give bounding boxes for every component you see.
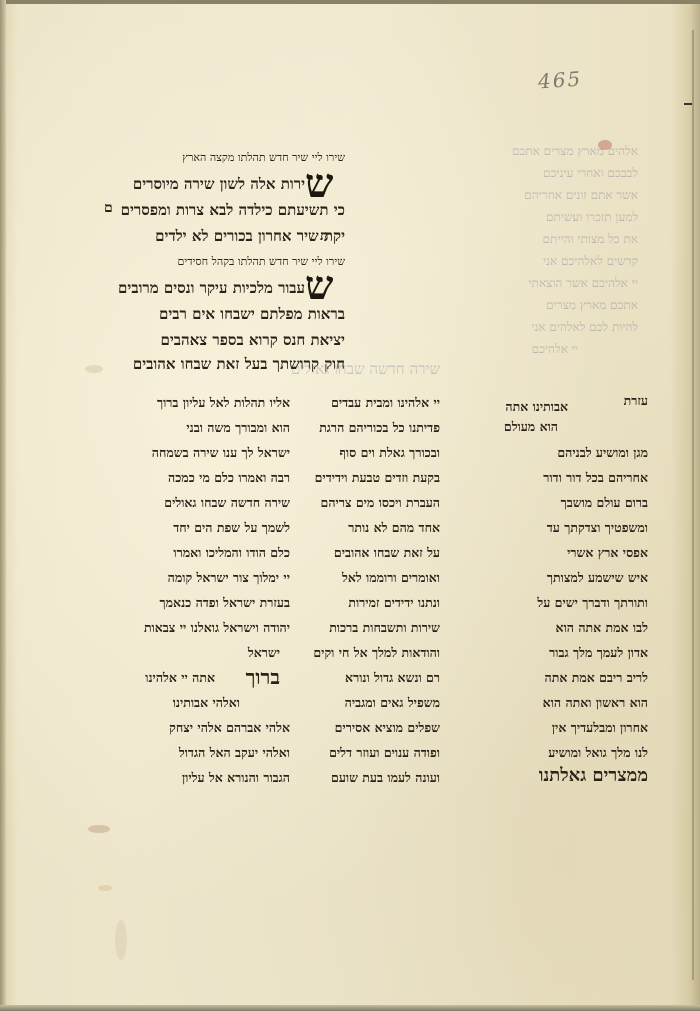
manuscript-page: 465 אלהים מארץ מצרים אתכם לבבכם ואחרי עי… (0, 0, 700, 1011)
column-line: אתה יי אלהינו (145, 670, 215, 686)
column-line: לשמך על שפת הים יחד (173, 520, 290, 536)
column-line: שירות ותשבחות ברכות (329, 620, 440, 636)
column-line: העברת ויכסו מים צריהם (321, 495, 440, 511)
stain (98, 885, 112, 891)
column-line: בעזרת ישראל ופדה כנאמך (160, 595, 291, 611)
column-line: אחד מהם לא נותר (348, 520, 440, 536)
column-line: בקעת וזדים טבעת וידידים (315, 470, 440, 486)
column-line: אלהי אברהם אלהי יצחק (169, 720, 290, 736)
ghost-line: אשר אתם זונים אחריהם (488, 184, 638, 206)
column-line: איש שישמע למצותך (547, 570, 648, 586)
initial-letter: ש (305, 262, 333, 309)
column-line: ישראל לך ענו שירה בשמחה (152, 445, 290, 461)
ghost-line: קדשים לאלהיכם אני (488, 250, 638, 272)
column-line: ואלהי אבותינו (173, 695, 240, 711)
column-line: ועונה לעמו בעת שועם (331, 770, 440, 786)
column-line: אבותינו אתה (505, 399, 568, 415)
column-line: שפלים מוציא אסירים (335, 720, 440, 736)
heading-word: ברוך (246, 665, 280, 690)
column-line: הוא מעולם (504, 419, 558, 435)
column-line: והודאות למלך אל חי וקים (313, 645, 440, 661)
column-line: לריב ריבם אמת אתה (545, 670, 649, 686)
column-line: על זאת שבחו אהובים (334, 545, 440, 561)
page-bottom-edge (0, 1005, 700, 1011)
column-line: יי ימלוך צור ישראל קומה (168, 570, 290, 586)
column-line: ברום עולם מושבך (561, 495, 648, 511)
ghost-line: לבבכם ואחרי עיניכם (488, 162, 638, 184)
column-line: ובכורך גאלת וים סוף (339, 445, 440, 461)
column-line: ותורתך ודברך ישים על (537, 595, 648, 611)
page-right-edge (692, 30, 694, 980)
ghost-line: להיות לכם לאלהים אני (488, 316, 638, 338)
stain (88, 825, 110, 833)
column-line: לנו מלך גואל ומושיע (548, 745, 648, 761)
initial-letter: ש (305, 160, 333, 207)
column-line: משפיל גאים ומגביה (345, 695, 440, 711)
column-line: רבה ואמרו כלם מי כמכה (168, 470, 290, 486)
ghost-line: אלהים מארץ מצרים אתכם (488, 140, 638, 162)
ink-dash (684, 103, 692, 105)
column-line: ופודה ענוים ועוזר דלים (329, 745, 440, 761)
heading-word: עזרת (624, 393, 648, 409)
poem-line: יציאת חנס קרוא בספר צאהבים (161, 331, 345, 350)
poem-line: ירות אלה לשון שירה מיוסרים (133, 175, 305, 194)
column-line: מגן ומושיע לבניהם (557, 445, 648, 461)
poem-line: עבור מלכיות עיקר ונסים מרובים (118, 279, 305, 298)
column-line: ומשפטיך וצדקתך עד (547, 520, 648, 536)
column-line: אדון לעמך מלך גבור (549, 645, 648, 661)
ghost-line: את כל מצותי והייתם (488, 228, 638, 250)
column-line: ואלהי יעקב האל הגדול (179, 745, 290, 761)
column-line: לבו אמת אתה הוא (556, 620, 648, 636)
column-line: יהודה וישראל גואלנו יי צבאות (144, 620, 290, 636)
column-line: ישראל (248, 645, 280, 661)
margin-letter: ת (320, 228, 329, 245)
page-top-edge (0, 0, 700, 4)
column-line: פדיתנו כל בכוריהם הרגת (319, 420, 440, 436)
ghost-line: יי אלהיכם (488, 338, 638, 360)
ghost-line: יי אלהיכם אשר הוצאתי (488, 272, 638, 294)
column-line: ונתנו ידידים זמירות (348, 595, 440, 611)
column-line: אחריהם בכל דור ודור (543, 470, 648, 486)
column-line: הגבור והנורא אל עליון (182, 770, 290, 786)
column-line: יי אלהינו ומבית עבדים (331, 395, 440, 411)
ghost-line: אתכם מארץ מצרים (488, 294, 638, 316)
stain (115, 920, 127, 960)
column-line: רם ונשא גדול ונורא (345, 670, 440, 686)
column-line: אליו תהלות לאל עליון ברוך (157, 395, 290, 411)
show-through-text: אלהים מארץ מצרים אתכם לבבכם ואחרי עיניכם… (488, 140, 638, 360)
column-line: אחרון ומבלעדיך אין (552, 720, 648, 736)
folio-number: 465 (537, 66, 583, 93)
margin-letter: ם (104, 200, 113, 217)
column-line: הוא ומבורך משה ובני (186, 420, 290, 436)
stain (85, 365, 103, 373)
faded-line: שירה חדשה שבחו גאולים (190, 360, 440, 379)
ghost-line: למען תזכרו ועשיתם (488, 206, 638, 228)
closing-word: ממצרים גאלתנו (539, 765, 648, 786)
page-binding-edge (0, 0, 6, 1011)
column-line: אפסי ארץ אשרי (567, 545, 648, 561)
column-line: הוא ראשון ואתה הוא (543, 695, 648, 711)
column-line: שירה חדשה שבחו גאולים (164, 495, 290, 511)
poem-line: יקת שיר אחרון בכורים לא ילדים (155, 227, 345, 246)
column-line: ואומרים ורוממו לאל (342, 570, 440, 586)
column-line: כלם הודו והמליכו ואמרו (173, 545, 290, 561)
